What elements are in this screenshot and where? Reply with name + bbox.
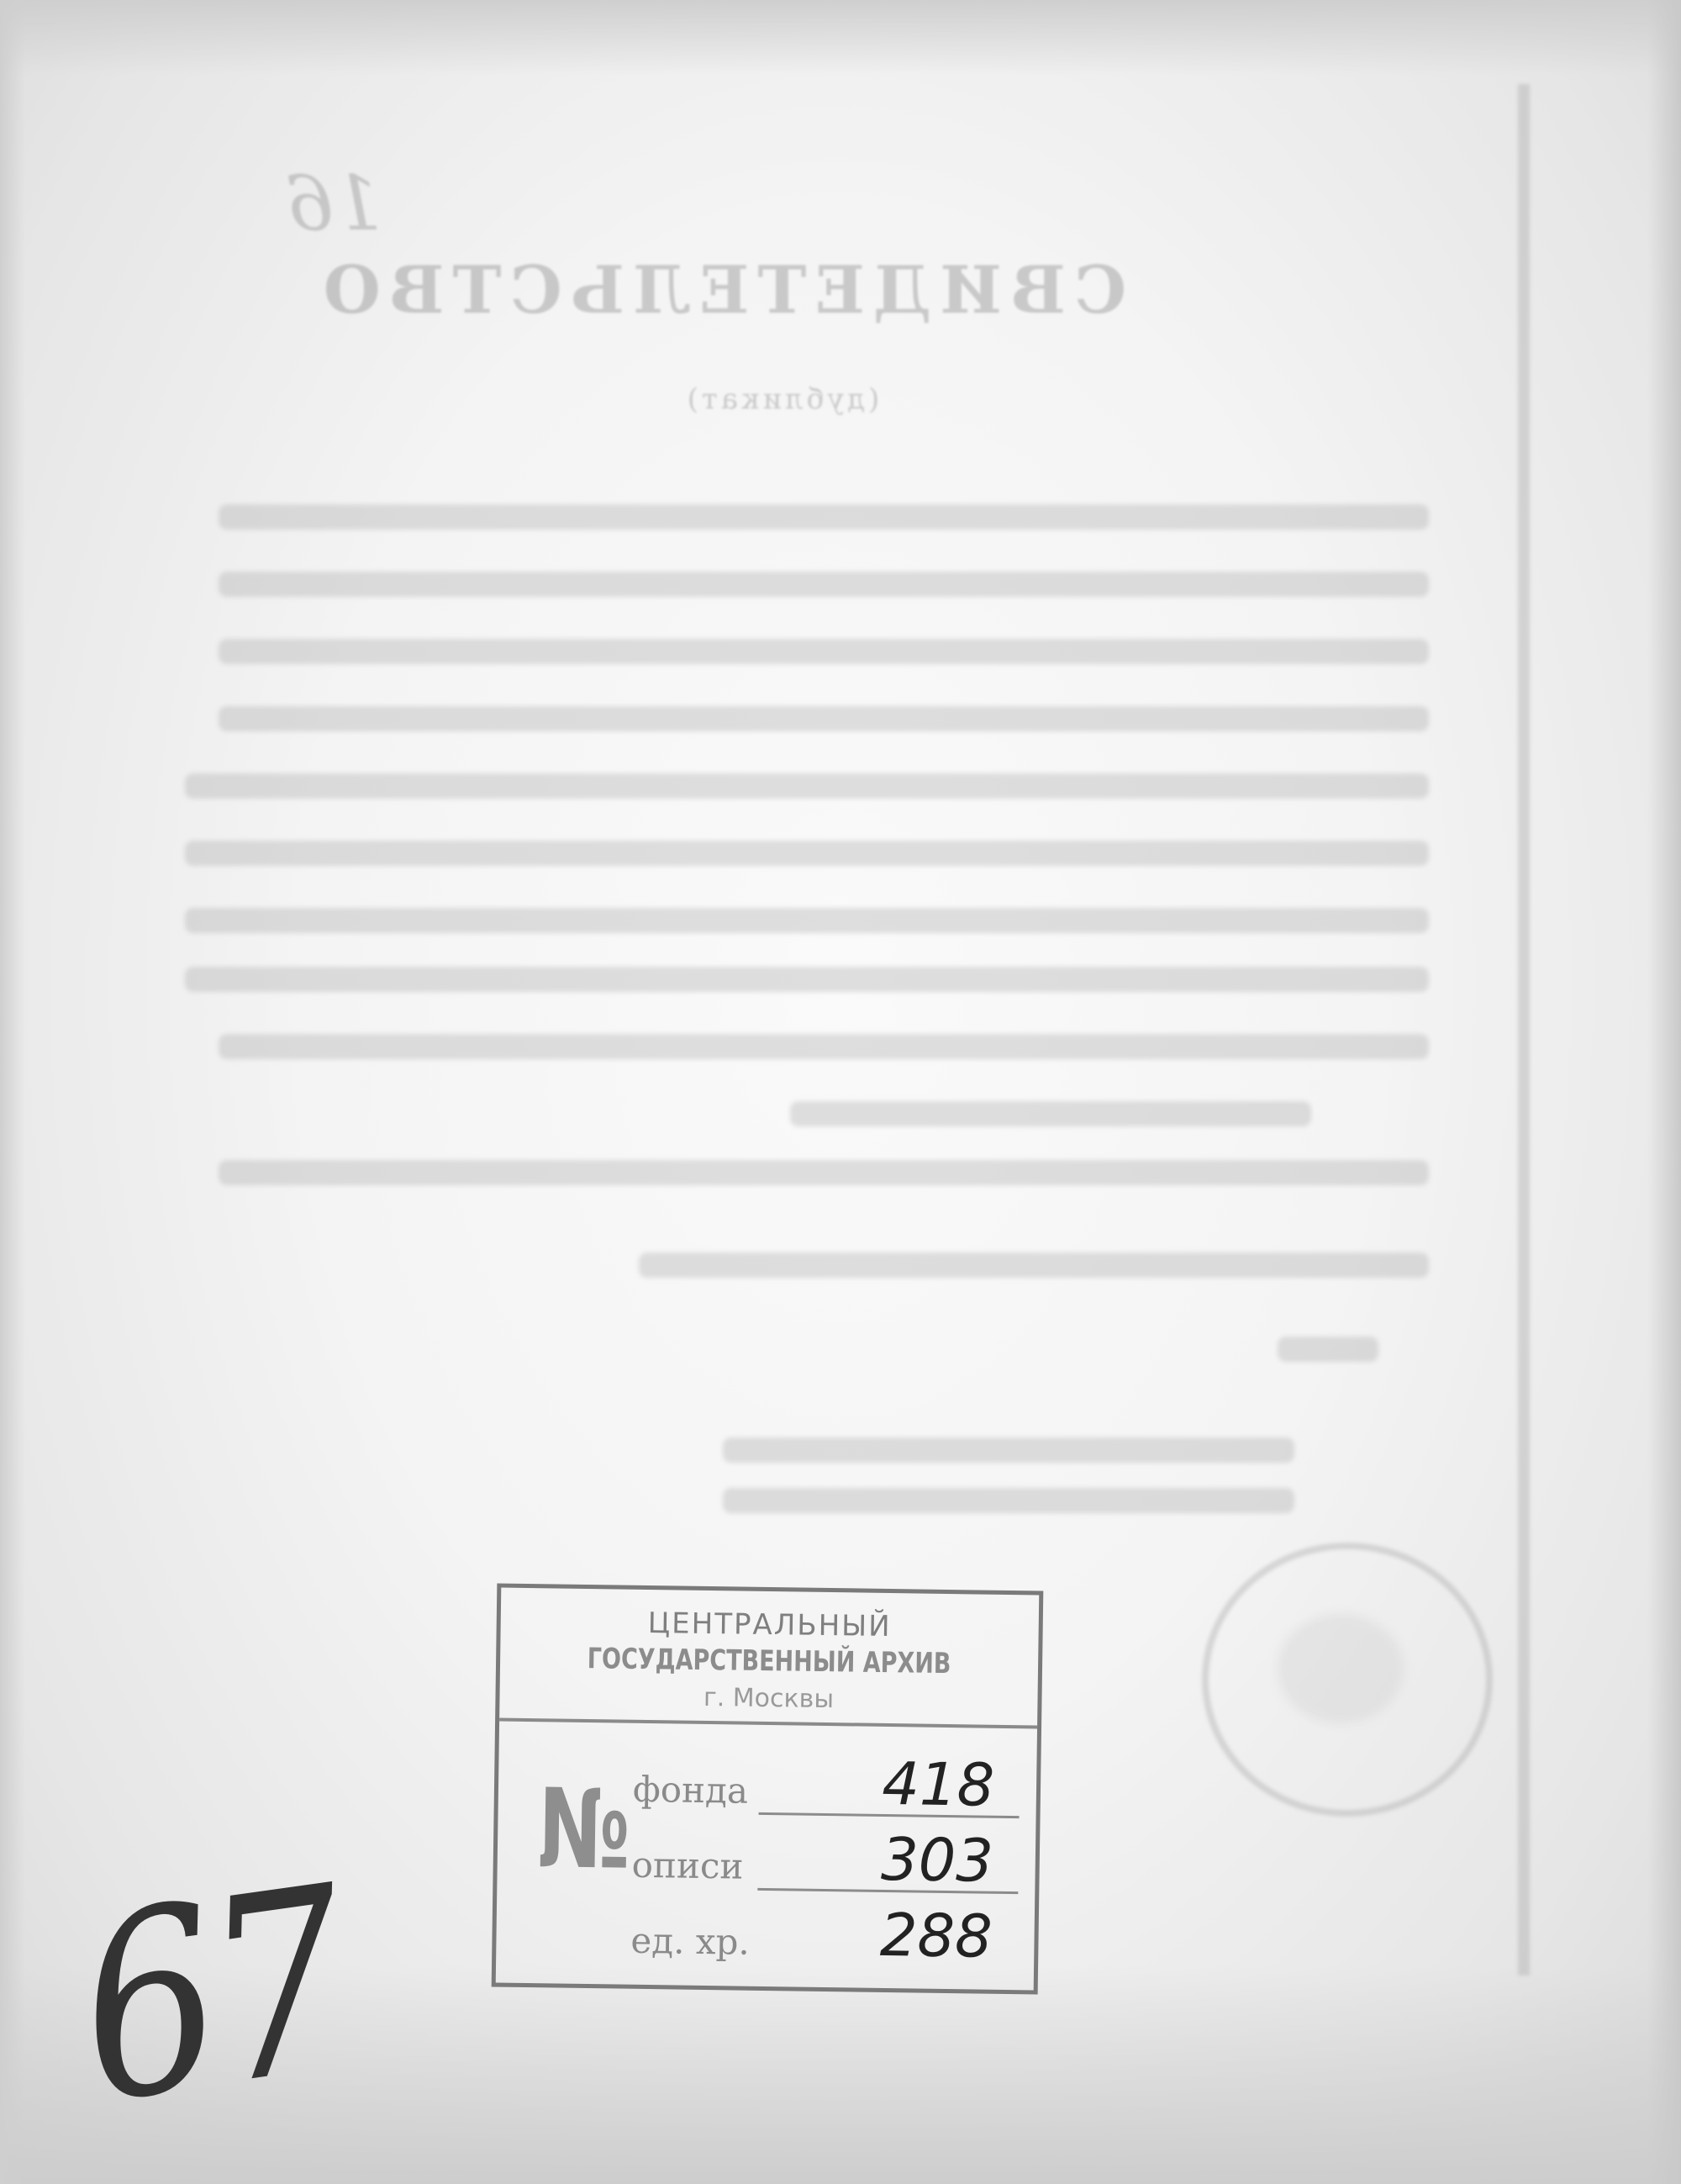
scan-edge-left bbox=[0, 0, 25, 2184]
stamp-label: ед. хр. bbox=[630, 1920, 750, 1963]
handwritten-folio-number: 67 bbox=[62, 1833, 359, 2159]
stamp-line-3: г. Москвы bbox=[499, 1680, 1037, 1717]
stamp-value: 418 bbox=[882, 1749, 995, 1820]
stamp-row-item: ед. хр. 288 bbox=[630, 1901, 1018, 1973]
bleed-folio-number: 16 bbox=[286, 160, 382, 248]
stamp-label: описи bbox=[631, 1844, 743, 1887]
stamp-line-1: ЦЕНТРАЛЬНЫЙ bbox=[500, 1605, 1038, 1646]
stamp-row-opis: описи 303 bbox=[631, 1825, 1019, 1897]
bleed-title: СВИДЕТЕЛЬСТВО bbox=[521, 252, 1126, 329]
round-seal-emblem bbox=[1278, 1614, 1404, 1723]
stamp-label: фонда bbox=[633, 1769, 749, 1812]
scan-edge-top bbox=[0, 0, 1681, 76]
stamp-header: ЦЕНТРАЛЬНЫЙ ГОСУДАРСТВЕННЫЙ АРХИВ г. Мос… bbox=[499, 1588, 1039, 1729]
stamp-value: 288 bbox=[879, 1901, 993, 1971]
archive-stamp: ЦЕНТРАЛЬНЫЙ ГОСУДАРСТВЕННЫЙ АРХИВ г. Мос… bbox=[492, 1583, 1044, 1994]
margin-rule bbox=[1518, 84, 1530, 1976]
stamp-value: 303 bbox=[881, 1825, 994, 1896]
scan-edge-right bbox=[1647, 0, 1681, 2184]
stamp-row-fond: фонда 418 bbox=[633, 1749, 1020, 1822]
bleed-subtitle: (дубликат) bbox=[605, 382, 958, 416]
number-sign: № bbox=[537, 1765, 631, 1894]
stamp-line-2: ГОСУДАРСТВЕННЫЙ АРХИВ bbox=[500, 1642, 1038, 1682]
